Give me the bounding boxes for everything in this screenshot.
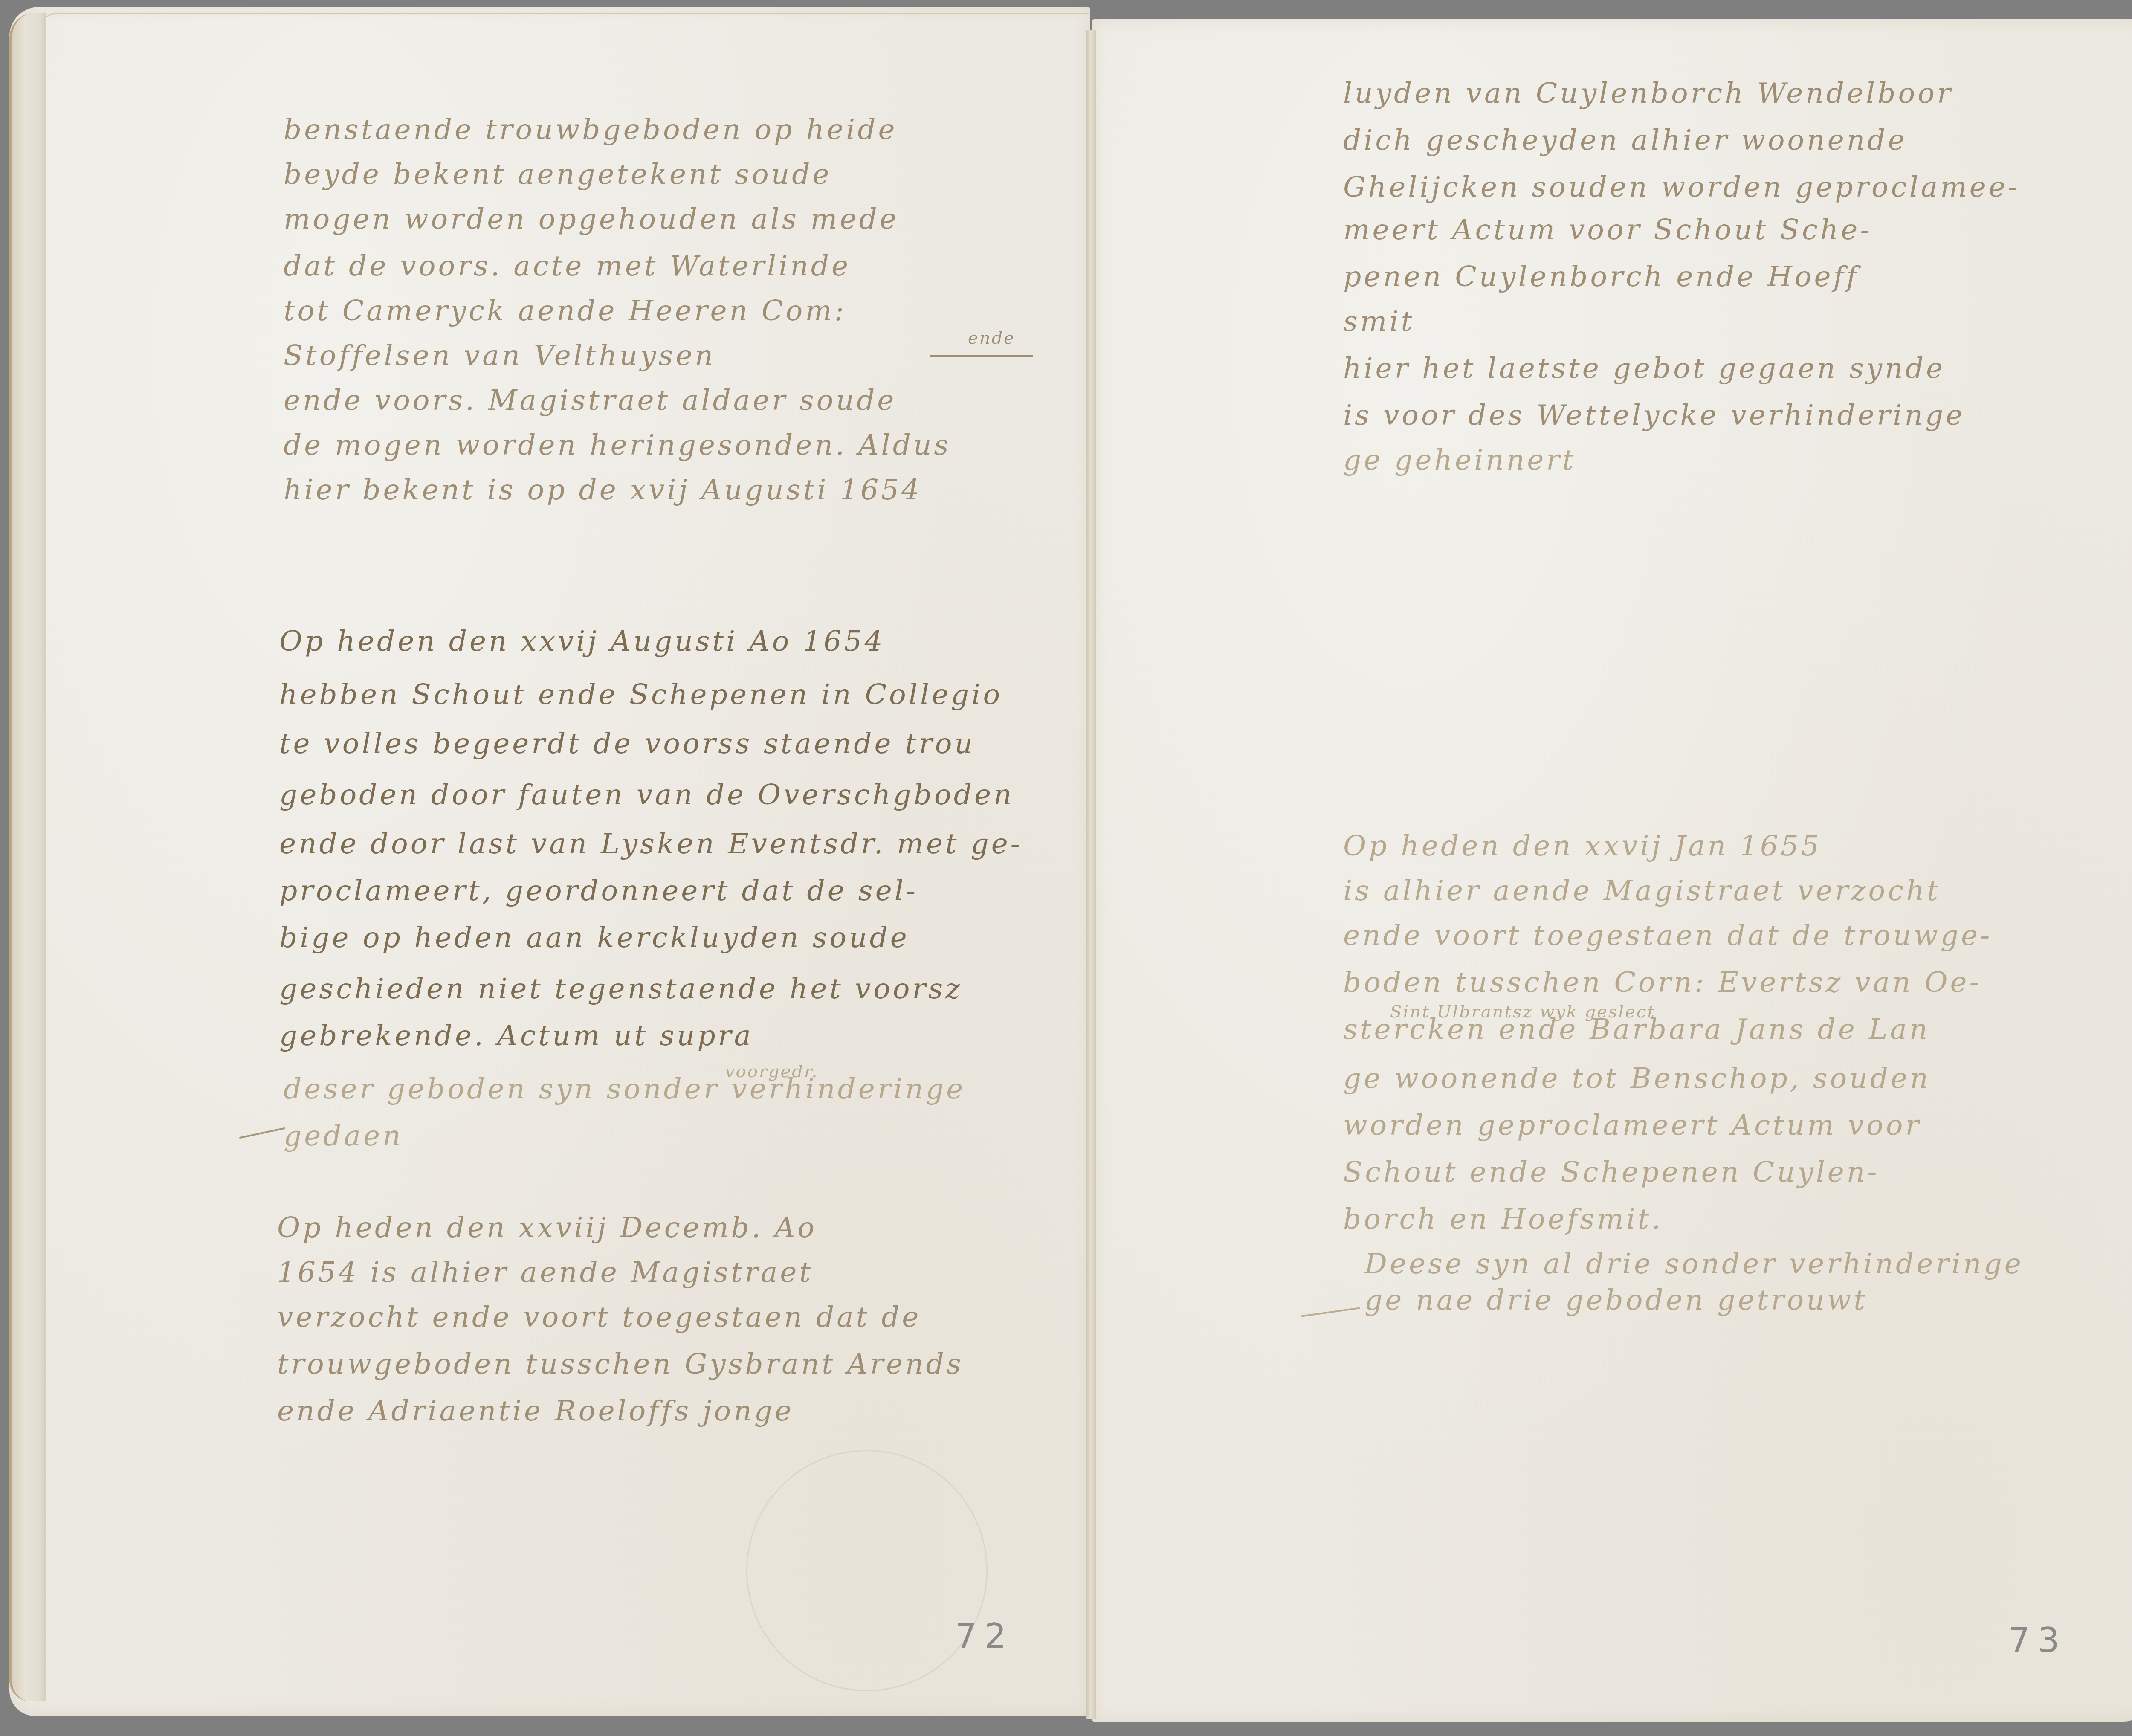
manuscript-line: smit [1343,305,1415,338]
page-number-left: 72 [955,1616,1014,1656]
manuscript-line: is alhier aende Magistraet verzocht [1343,874,1941,907]
manuscript-line: Op heden den xxvij Jan 1655 [1343,829,1822,862]
manuscript-line: bige op heden aan kerckluyden soude [279,921,910,954]
manuscript-line: 1654 is alhier aende Magistraet [277,1256,813,1289]
manuscript-line: gebrekende. Actum ut supra [279,1019,753,1052]
manuscript-line: Deese syn al drie sonder verhinderinge [1364,1247,2024,1280]
water-stain [746,1450,988,1691]
manuscript-line: luyden van Cuylenborch Wendelboor [1343,77,1953,110]
struck-word [930,339,1033,372]
manuscript-line: dich gescheyden alhier woonende [1343,124,1907,157]
manuscript-line: Ghelijcken souden worden geproclamee- [1343,171,2020,203]
manuscript-line: dat de voors. acte met Waterlinde [284,249,851,282]
manuscript-line: penen Cuylenborch ende Hoeff [1343,260,1859,293]
manuscript-line: tot Cameryck aende Heeren Com: [284,294,846,327]
left-page-fore-edge [9,13,46,1701]
manuscript-line: hebben Schout ende Schepenen in Collegio [279,678,1002,711]
open-manuscript-book: benstaende trouwbgeboden op heide beyde … [0,0,2132,1736]
manuscript-line: proclameert, geordonneert dat de sel- [279,874,918,907]
manuscript-line: Stoffelsen van Velthuysen [284,339,715,372]
page-number-right: 73 [2008,1620,2067,1660]
manuscript-line: ge nae drie geboden getrouwt [1364,1284,1868,1316]
manuscript-line: borch en Hoefsmit. [1343,1203,1663,1235]
book-gutter [1086,30,1096,1719]
manuscript-line: Schout ende Schepenen Cuylen- [1343,1156,1880,1188]
manuscript-line: mogen worden opgehouden als mede [284,203,899,235]
manuscript-line: deser geboden syn sonder verhinderinge [284,1072,965,1105]
manuscript-line: benstaende trouwbgeboden op heide [284,113,898,146]
manuscript-line: de mogen worden heringesonden. Aldus [284,429,951,461]
manuscript-line: Op heden den xxviij Decemb. Ao [277,1211,817,1244]
manuscript-line: boden tusschen Corn: Evertsz van Oe- [1343,966,1981,999]
manuscript-line: hier bekent is op de xvij Augusti 1654 [284,473,922,506]
manuscript-line: ende voors. Magistraet aldaer soude [284,384,896,417]
manuscript-line: ge woonende tot Benschop, souden [1343,1062,1931,1095]
manuscript-line: is voor des Wettelycke verhinderinge [1343,399,1965,432]
manuscript-line: Op heden den xxvij Augusti Ao 1654 [279,625,885,658]
manuscript-line: geboden door fauten van de Overschgboden [279,778,1014,811]
manuscript-line: ende door last van Lysken Eventsdr. met … [279,827,1023,860]
manuscript-line: stercken ende Barbara Jans de Lan [1343,1013,1930,1046]
manuscript-line: ende Adriaentie Roeloffs jonge [277,1394,794,1427]
manuscript-line: beyde bekent aengetekent soude [284,158,832,191]
left-page-top-fold [43,13,1089,26]
manuscript-line: hier het laetste gebot gegaen synde [1343,352,1945,385]
manuscript-line: ge geheinnert [1343,443,1576,476]
manuscript-line: trouwgeboden tusschen Gysbrant Arends [277,1348,964,1380]
manuscript-line: gedaen [284,1119,403,1152]
manuscript-line: ende voort toegestaen dat de trouwge- [1343,919,1992,952]
manuscript-line: meert Actum voor Schout Sche- [1343,213,1872,246]
manuscript-line: te volles begeerdt de voorss staende tro… [279,727,975,760]
manuscript-line: worden geproclameert Actum voor [1343,1109,1921,1142]
manuscript-line: verzocht ende voort toegestaen dat de [277,1301,921,1333]
manuscript-line: geschieden niet tegenstaende het voorsz [279,972,963,1005]
